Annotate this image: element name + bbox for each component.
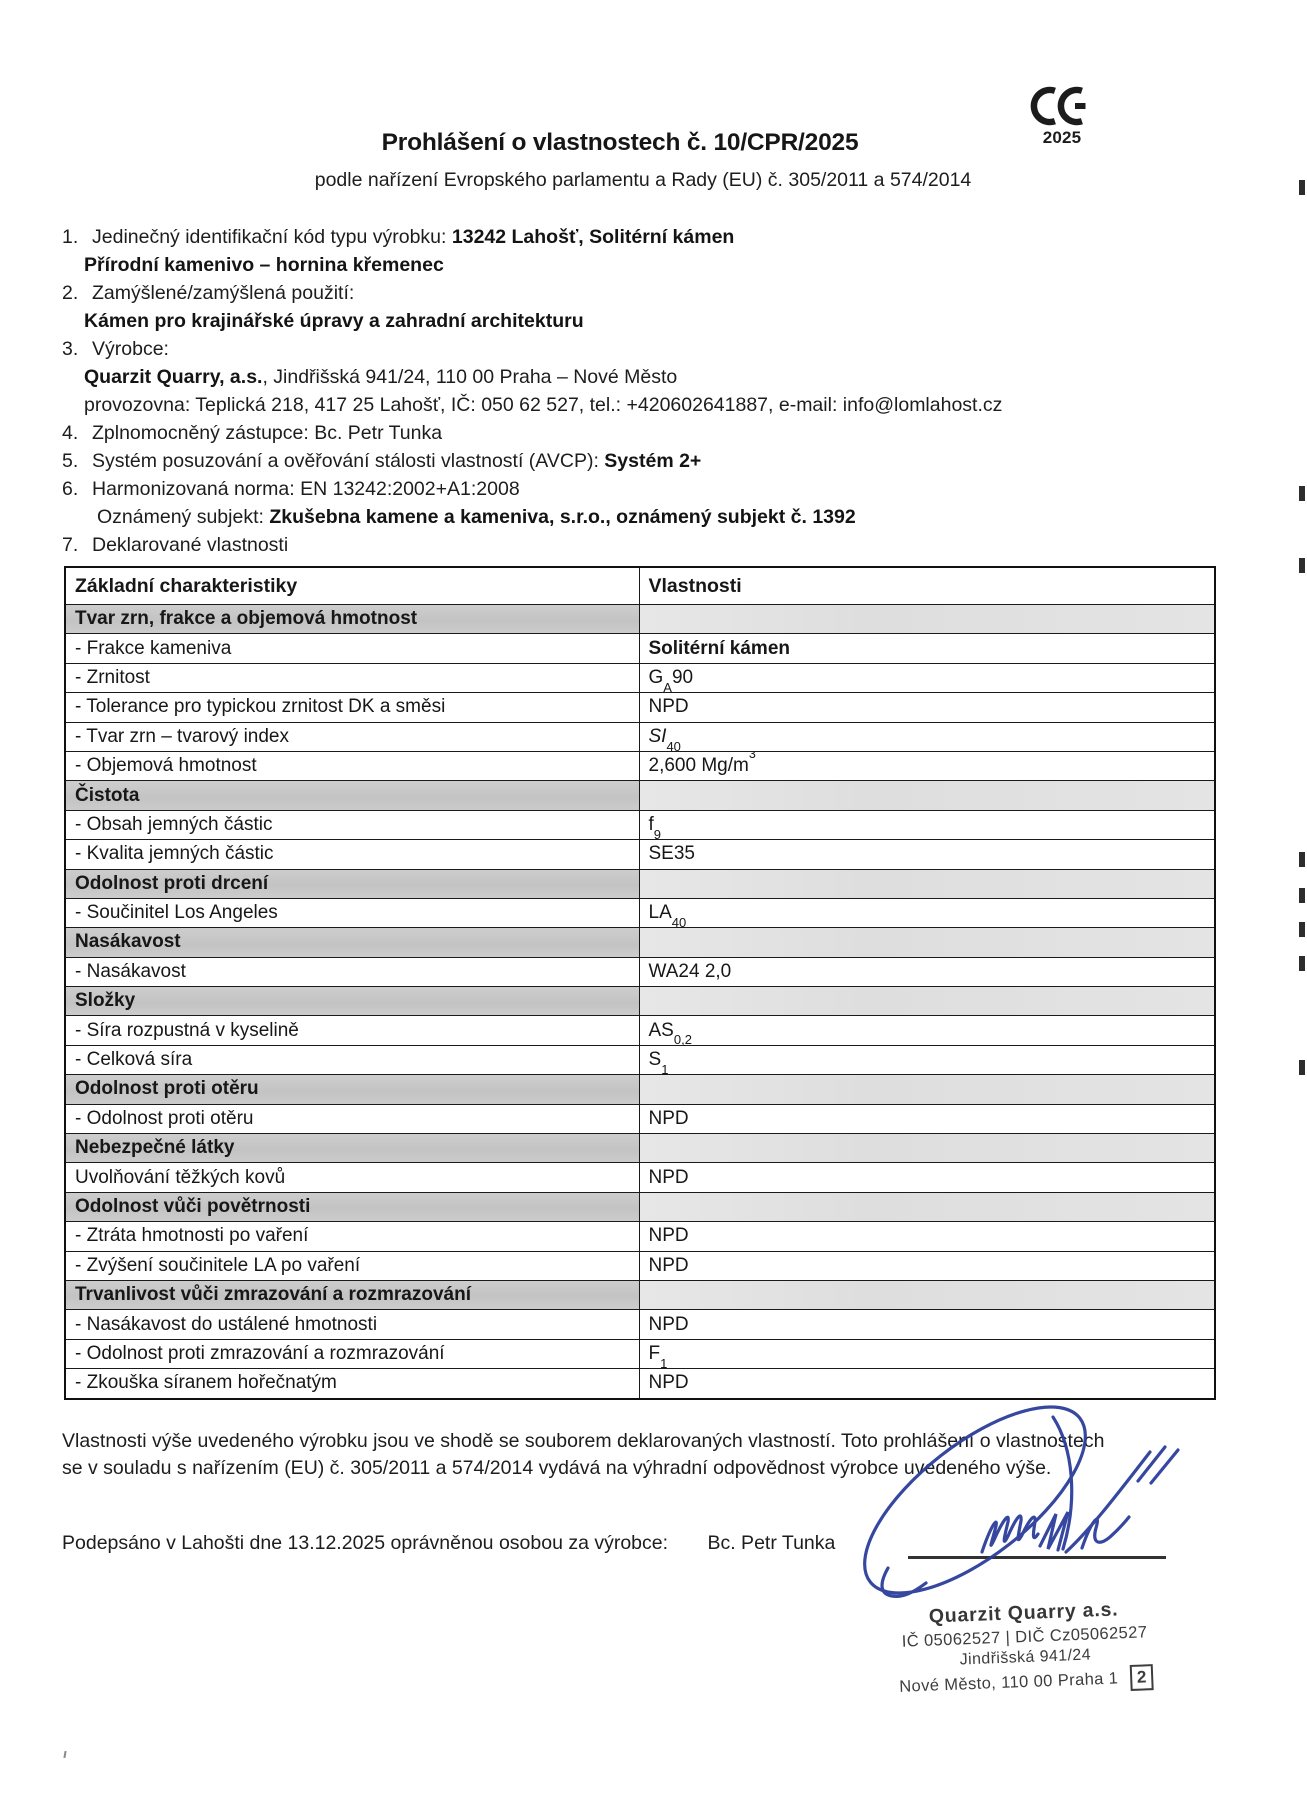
property-row: - Frakce kamenivaSolitérní kámen <box>65 634 1215 663</box>
section-header-row: Odolnost vůči povětrnosti <box>65 1192 1215 1221</box>
item-2-text: Zamýšlené/zamýšlená použití: <box>92 282 354 304</box>
item-6-notified-body-label: Oznámený subjekt: <box>97 506 269 528</box>
characteristic-cell: Nasákavost <box>65 928 639 957</box>
item-1: 1.Jedinečný identifikační kód typu výrob… <box>62 223 1242 251</box>
signed-statement: Podepsáno v Lahošti dne 13.12.2025 opráv… <box>62 1532 668 1554</box>
value-cell <box>639 1134 1215 1163</box>
item-3-line2: Quarzit Quarry, a.s., Jindřišská 941/24,… <box>62 363 1242 391</box>
item-1-number: 1. <box>62 223 92 251</box>
characteristic-cell: - Celková síra <box>65 1045 639 1074</box>
item-4-number: 4. <box>62 419 92 447</box>
section-header-row: Nasákavost <box>65 928 1215 957</box>
value-cell <box>639 928 1215 957</box>
column-header-characteristics: Základní charakteristiky <box>65 567 639 605</box>
property-row: - Zkouška síranem hořečnatýmNPD <box>65 1369 1215 1399</box>
characteristic-cell: - Obsah jemných částic <box>65 810 639 839</box>
value-cell <box>639 869 1215 898</box>
scan-artifact-dot <box>63 1751 66 1758</box>
section-header-row: Odolnost proti otěru <box>65 1075 1215 1104</box>
value-cell: 2,600 Mg/m3 <box>639 751 1215 780</box>
value-cell: f9 <box>639 810 1215 839</box>
stamp-city: Nové Město, 110 00 Praha 1 <box>899 1669 1119 1696</box>
item-2: 2.Zamýšlené/zamýšlená použití: <box>62 279 1242 307</box>
value-cell: F1 <box>639 1339 1215 1368</box>
item-6-notified-body: Zkušebna kamene a kameniva, s.r.o., ozná… <box>269 506 855 528</box>
declared-properties-table: Základní charakteristiky Vlastnosti Tvar… <box>64 566 1216 1400</box>
section-header-row: Trvanlivost vůči zmrazování a rozmrazová… <box>65 1280 1215 1309</box>
property-row: - ZrnitostGA90 <box>65 663 1215 692</box>
item-1-material: Přírodní kamenivo – hornina křemenec <box>84 254 444 276</box>
item-1-line2: Přírodní kamenivo – hornina křemenec <box>62 251 1242 279</box>
property-row: - Nasákavost do ustálené hmotnostiNPD <box>65 1310 1215 1339</box>
characteristic-cell: - Zvýšení součinitele LA po vaření <box>65 1251 639 1280</box>
item-3: 3.Výrobce: <box>62 335 1242 363</box>
item-4: 4.Zplnomocněný zástupce: Bc. Petr Tunka <box>62 419 1242 447</box>
company-stamp: Quarzit Quarry a.s. IČ 05062527 | DIČ Cz… <box>858 1596 1191 1702</box>
characteristic-cell: - Síra rozpustná v kyselině <box>65 1016 639 1045</box>
item-5-text: Systém posuzování a ověřování stálosti v… <box>92 450 604 472</box>
declaration-items: 1.Jedinečný identifikační kód typu výrob… <box>62 223 1242 559</box>
characteristic-cell: Odolnost proti otěru <box>65 1075 639 1104</box>
characteristic-cell: Tvar zrn, frakce a objemová hmotnost <box>65 605 639 634</box>
characteristic-cell: Čistota <box>65 781 639 810</box>
section-header-row: Složky <box>65 987 1215 1016</box>
section-header-row: Čistota <box>65 781 1215 810</box>
item-3-manufacturer: Quarzit Quarry, a.s. <box>84 366 262 388</box>
value-cell <box>639 605 1215 634</box>
scan-artifact <box>1299 1060 1305 1075</box>
property-row: - NasákavostWA24 2,0 <box>65 957 1215 986</box>
property-row: - Ztráta hmotnosti po vařeníNPD <box>65 1222 1215 1251</box>
item-3-plant-contact: provozovna: Teplická 218, 417 25 Lahošť,… <box>84 394 1002 416</box>
table-header-row: Základní charakteristiky Vlastnosti <box>65 567 1215 605</box>
item-6-text: Harmonizovaná norma: EN 13242:2002+A1:20… <box>92 478 520 500</box>
scan-artifact <box>1299 180 1305 195</box>
item-3-text: Výrobce: <box>92 338 169 360</box>
value-cell <box>639 1192 1215 1221</box>
characteristic-cell: - Součinitel Los Angeles <box>65 898 639 927</box>
item-7-text: Deklarované vlastnosti <box>92 534 288 556</box>
value-cell: WA24 2,0 <box>639 957 1215 986</box>
property-row: - Odolnost proti zmrazování a rozmrazová… <box>65 1339 1215 1368</box>
property-row: - Zvýšení součinitele LA po vařeníNPD <box>65 1251 1215 1280</box>
item-5: 5.Systém posuzování a ověřování stálosti… <box>62 447 1242 475</box>
characteristic-cell: - Nasákavost <box>65 957 639 986</box>
conformity-statement: Vlastnosti výše uvedeného výrobku jsou v… <box>62 1428 1217 1482</box>
property-row: - Kvalita jemných částicSE35 <box>65 840 1215 869</box>
signing-line: Podepsáno v Lahošti dne 13.12.2025 opráv… <box>62 1532 835 1555</box>
characteristic-cell: Odolnost vůči povětrnosti <box>65 1192 639 1221</box>
characteristic-cell: - Ztráta hmotnosti po vaření <box>65 1222 639 1251</box>
item-3-address: , Jindřišská 941/24, 110 00 Praha – Nové… <box>262 366 677 388</box>
characteristic-cell: - Odolnost proti zmrazování a rozmrazová… <box>65 1339 639 1368</box>
value-cell: NPD <box>639 693 1215 722</box>
section-header-row: Tvar zrn, frakce a objemová hmotnost <box>65 605 1215 634</box>
scan-artifact <box>1299 486 1305 501</box>
characteristic-cell: Odolnost proti drcení <box>65 869 639 898</box>
characteristic-cell: - Objemová hmotnost <box>65 751 639 780</box>
value-cell <box>639 1280 1215 1309</box>
characteristic-cell: - Kvalita jemných částic <box>65 840 639 869</box>
scan-artifact <box>1299 922 1305 937</box>
value-cell: NPD <box>639 1369 1215 1399</box>
conformity-line2: se v souladu s nařízením (EU) č. 305/201… <box>62 1455 1217 1482</box>
document-title: Prohlášení o vlastnostech č. 10/CPR/2025 <box>0 129 1240 157</box>
characteristic-cell: Uvolňování těžkých kovů <box>65 1163 639 1192</box>
item-7-number: 7. <box>62 531 92 559</box>
conformity-line1: Vlastnosti výše uvedeného výrobku jsou v… <box>62 1428 1217 1455</box>
property-row: - Objemová hmotnost2,600 Mg/m3 <box>65 751 1215 780</box>
item-7: 7.Deklarované vlastnosti <box>62 531 1242 559</box>
characteristic-cell: - Zrnitost <box>65 663 639 692</box>
value-cell: Solitérní kámen <box>639 634 1215 663</box>
characteristic-cell: - Nasákavost do ustálené hmotnosti <box>65 1310 639 1339</box>
item-1-product-code: 13242 Lahošť, Solitérní kámen <box>452 226 734 248</box>
characteristic-cell: - Tvar zrn – tvarový index <box>65 722 639 751</box>
property-row: - Součinitel Los AngelesLA40 <box>65 898 1215 927</box>
item-3-number: 3. <box>62 335 92 363</box>
item-2-line2: Kámen pro krajinářské úpravy a zahradní … <box>62 307 1242 335</box>
value-cell: NPD <box>639 1222 1215 1251</box>
scan-artifact <box>1299 888 1305 903</box>
item-5-avcp-system: Systém 2+ <box>604 450 701 472</box>
property-row: - Síra rozpustná v kyseliněAS0,2 <box>65 1016 1215 1045</box>
item-3-line3: provozovna: Teplická 218, 417 25 Lahošť,… <box>62 391 1242 419</box>
value-cell <box>639 781 1215 810</box>
value-cell: SI40 <box>639 722 1215 751</box>
item-1-text: Jedinečný identifikační kód typu výrobku… <box>92 226 452 248</box>
characteristic-cell: Trvanlivost vůči zmrazování a rozmrazová… <box>65 1280 639 1309</box>
item-5-number: 5. <box>62 447 92 475</box>
value-cell: NPD <box>639 1163 1215 1192</box>
property-row: - Odolnost proti otěruNPD <box>65 1104 1215 1133</box>
ce-logo-icon <box>1028 84 1096 128</box>
characteristic-cell: - Frakce kameniva <box>65 634 639 663</box>
property-row: Uvolňování těžkých kovůNPD <box>65 1163 1215 1192</box>
section-header-row: Odolnost proti drcení <box>65 869 1215 898</box>
property-row: - Obsah jemných částicf9 <box>65 810 1215 839</box>
stamp-number-badge: 2 <box>1130 1664 1154 1691</box>
property-row: - Tvar zrn – tvarový indexSI40 <box>65 722 1215 751</box>
document-subtitle: podle nařízení Evropského parlamentu a R… <box>0 169 1286 192</box>
property-row: - Celková síraS1 <box>65 1045 1215 1074</box>
signer-name: Bc. Petr Tunka <box>707 1532 835 1554</box>
characteristic-cell: - Odolnost proti otěru <box>65 1104 639 1133</box>
characteristic-cell: - Tolerance pro typickou zrnitost DK a s… <box>65 693 639 722</box>
scan-artifact <box>1299 558 1305 573</box>
value-cell: NPD <box>639 1310 1215 1339</box>
item-4-text: Zplnomocněný zástupce: Bc. Petr Tunka <box>92 422 442 444</box>
property-row: - Tolerance pro typickou zrnitost DK a s… <box>65 693 1215 722</box>
value-cell: AS0,2 <box>639 1016 1215 1045</box>
scan-artifact <box>1299 956 1305 971</box>
characteristic-cell: Nebezpečné látky <box>65 1134 639 1163</box>
value-cell: SE35 <box>639 840 1215 869</box>
characteristic-cell: Složky <box>65 987 639 1016</box>
value-cell <box>639 1075 1215 1104</box>
column-header-properties: Vlastnosti <box>639 567 1215 605</box>
value-cell: NPD <box>639 1104 1215 1133</box>
value-cell: LA40 <box>639 898 1215 927</box>
characteristic-cell: - Zkouška síranem hořečnatým <box>65 1369 639 1399</box>
item-2-number: 2. <box>62 279 92 307</box>
value-cell: NPD <box>639 1251 1215 1280</box>
section-header-row: Nebezpečné látky <box>65 1134 1215 1163</box>
signature-rule <box>908 1556 1166 1559</box>
value-cell: S1 <box>639 1045 1215 1074</box>
value-cell: GA90 <box>639 663 1215 692</box>
item-6-number: 6. <box>62 475 92 503</box>
item-6: 6.Harmonizovaná norma: EN 13242:2002+A1:… <box>62 475 1242 503</box>
value-cell <box>639 987 1215 1016</box>
item-2-intended-use: Kámen pro krajinářské úpravy a zahradní … <box>84 310 584 332</box>
item-6-line2: Oznámený subjekt: Zkušebna kamene a kame… <box>62 503 1242 531</box>
scan-artifact <box>1299 852 1305 867</box>
